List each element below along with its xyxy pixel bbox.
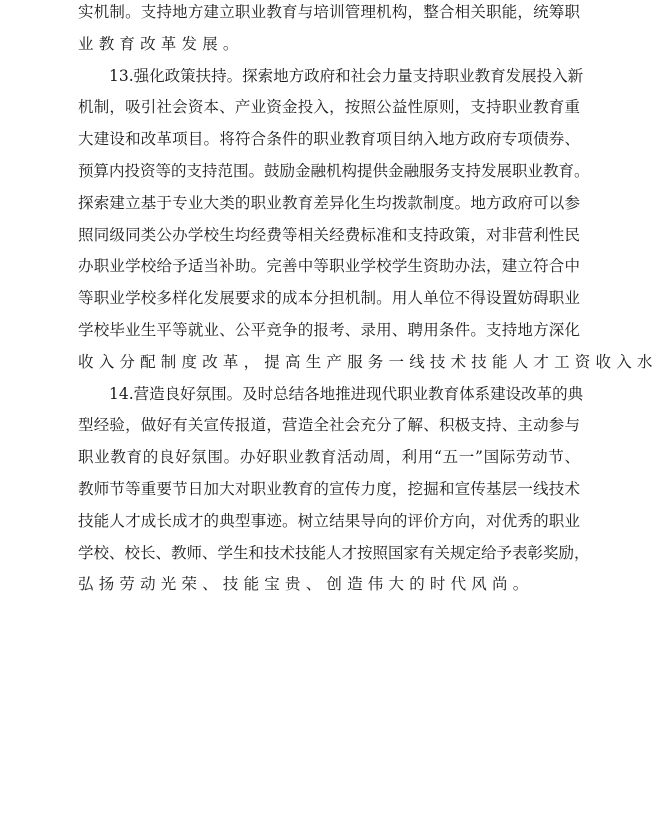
text-line: 等职业学校多样化发展要求的成本分担机制。用人单位不得设置妨碍职业 <box>78 283 580 315</box>
text-line: 实机制。支持地方建立职业教育与培训管理机构，整合相关职能，统筹职 <box>78 0 580 29</box>
text-line: 型经验，做好有关宣传报道，营造全社会充分了解、积极支持、主动参与 <box>78 410 580 442</box>
text-line: 弘扬劳动光荣、技能宝贵、创造伟大的时代风尚。 <box>78 569 580 601</box>
text-line: 办职业学校给予适当补助。完善中等职业学校学生资助办法，建立符合中 <box>78 251 580 283</box>
text-line: 机制，吸引社会资本、产业资金投入，按照公益性原则，支持职业教育重 <box>78 92 580 124</box>
paragraph-continuation: 实机制。支持地方建立职业教育与培训管理机构，整合相关职能，统筹职 业教育改革发展… <box>78 0 580 61</box>
text-line: 业教育改革发展。 <box>78 29 580 61</box>
text-line: 学校毕业生平等就业、公平竞争的报考、录用、聘用条件。支持地方深化 <box>78 315 580 347</box>
text-line: 收入分配制度改革，提高生产服务一线技术技能人才工资收入水平。 <box>78 347 580 379</box>
paragraph-13-policy-support: 13.强化政策扶持。探索地方政府和社会力量支持职业教育发展投入新 机制，吸引社会… <box>78 61 580 379</box>
text-line: 职业教育的良好氛围。办好职业教育活动周，利用“五一”国际劳动节、 <box>78 442 580 474</box>
text-line: 学校、校长、教师、学生和技术技能人才按照国家有关规定给予表彰奖励， <box>78 538 580 570</box>
text-line: 13.强化政策扶持。探索地方政府和社会力量支持职业教育发展投入新 <box>78 61 580 93</box>
text-line: 教师节等重要节日加大对职业教育的宣传力度，挖掘和宣传基层一线技术 <box>78 474 580 506</box>
text-line: 技能人才成长成才的典型事迹。树立结果导向的评价方向，对优秀的职业 <box>78 506 580 538</box>
text-line: 照同级同类公办学校生均经费等相关经费标准和支持政策，对非营利性民 <box>78 220 580 252</box>
document-page: 实机制。支持地方建立职业教育与培训管理机构，整合相关职能，统筹职 业教育改革发展… <box>78 0 580 601</box>
text-line: 大建设和改革项目。将符合条件的职业教育项目纳入地方政府专项债券、 <box>78 124 580 156</box>
text-line: 探索建立基于专业大类的职业教育差异化生均拨款制度。地方政府可以参 <box>78 188 580 220</box>
paragraph-14-atmosphere: 14.营造良好氛围。及时总结各地推进现代职业教育体系建设改革的典 型经验，做好有… <box>78 379 580 602</box>
text-line: 预算内投资等的支持范围。鼓励金融机构提供金融服务支持发展职业教育。 <box>78 156 580 188</box>
text-line: 14.营造良好氛围。及时总结各地推进现代职业教育体系建设改革的典 <box>78 379 580 411</box>
